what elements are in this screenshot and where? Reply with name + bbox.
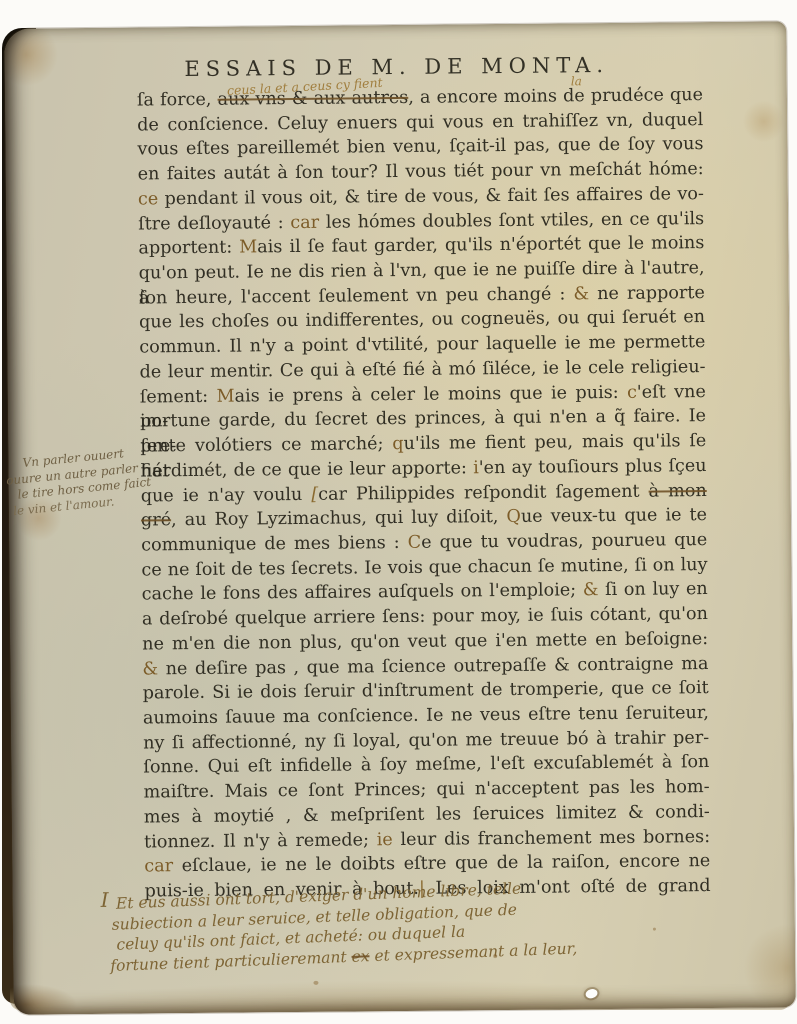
printed-text-block: ſa force, aux vns & aux autres, a encore… [137, 83, 711, 904]
text-segment: que ie n'ay voulu [141, 484, 312, 506]
paper-hole [585, 988, 599, 1000]
text-segment: tionnez. Il n'y à remede; [144, 830, 377, 852]
text-segment: commun. Il n'y a point d'vtilité, pour l… [139, 332, 705, 357]
over-segment: & [583, 580, 599, 600]
text-segment: ſente volótiers ce marché; [140, 434, 392, 456]
strike-segment: à mon [649, 481, 707, 502]
text-segment: ue veux-tu que ie te [521, 505, 707, 527]
text-segment: hardimét, de ce que ie leur apporte: [140, 458, 473, 481]
strike-segment: ex [351, 947, 370, 966]
text-segment: 'en ay touſiours plus ſçeu [479, 456, 707, 478]
text-segment: ais il ſe faut garder, qu'ils n'éportét … [257, 233, 704, 257]
text-segment: de conſcience. Celuy enuers qui vous en … [137, 110, 703, 135]
text-segment: ne rapporte [589, 283, 705, 304]
text-segment: a deſrobé quelque arriere ſens: pour moy… [142, 604, 708, 629]
over-segment: q [392, 434, 403, 454]
text-segment: parole. Si ie dois ſeruir d'inſtrument d… [143, 678, 709, 703]
over-segment: car [144, 856, 173, 876]
text-segment: cache le fons des affaires auſquels on l… [142, 581, 583, 605]
scanned-book-page: { "page": { "header": "ESSAIS DE M. DE M… [0, 0, 797, 1024]
text-segment: de leur mentir. Ce qui à eſté fié à mó ſ… [139, 357, 705, 382]
strike-segment: aux vns & aux autres [218, 88, 409, 110]
text-segment: , a encore moins de prudéce que [408, 85, 703, 108]
over-segment: ce [138, 189, 158, 209]
paper-speck [313, 981, 318, 985]
text-segment: car Philippides reſpondit ſagement [318, 481, 649, 504]
insertion-mark: I [101, 888, 109, 912]
over-segment: M [239, 238, 257, 258]
text-segment: que les choſes ou indifferentes, ou cogn… [139, 308, 705, 333]
text-segment: communique de mes biens : [141, 533, 408, 556]
paper-speck [653, 928, 656, 931]
paper-speck [493, 954, 497, 958]
over-segment: & [573, 284, 589, 304]
running-header: ESSAIS DE M. DE MONTA. [115, 52, 679, 81]
text-segment: eſclaue, ie ne le doibts eſtre que de la… [173, 851, 710, 876]
text-segment: ſon heure, l'accent ſeulement vn peu cha… [139, 284, 574, 308]
text-segment: les hómes doubles ſont vtiles, en ce qu'… [319, 209, 704, 233]
text-segment: pendant il vous oit, & tire de vous, & f… [158, 184, 704, 209]
text-segment: e que tu voudras, pourueu que [421, 530, 707, 553]
text-segment: maiſtre. Mais ce ſont Princes; qui n'acc… [144, 777, 710, 802]
text-segment: ſi on luy en [598, 579, 707, 600]
over-segment: C [408, 533, 422, 553]
text-segment: ny ſi affectionné, ny ſi loyal, qu'on me… [143, 728, 709, 753]
text-segment: ſa force, [137, 90, 218, 111]
text-segment: vous eſtes pareillemét bien venu, ſçait-… [137, 135, 703, 160]
text-segment: , au Roy Lyzimachus, qui luy diſoit, [171, 507, 507, 530]
text-segment: ſement: [140, 386, 217, 407]
text-segment: ais ie prens à celer le moins que ie pui… [235, 382, 628, 406]
text-segment: ſtre deſloyauté : [138, 213, 290, 234]
over-segment: & [142, 659, 158, 679]
book-page: ESSAIS DE M. DE MONTA. ceus la et a ceus… [4, 21, 795, 1014]
text-segment: ne m'en die non plus, qu'on veut que i'e… [142, 629, 708, 654]
over-segment: Q [506, 507, 521, 527]
text-segment: ne deſire pas , que ma ſcience outrepaſſ… [158, 654, 708, 679]
over-segment: car [290, 212, 319, 232]
strike-segment: gré [141, 510, 171, 530]
text-segment: apportent: [138, 238, 239, 259]
text-segment: ce ne ſoit de tes ſecrets. Ie vois que c… [141, 555, 707, 580]
over-segment: c [627, 382, 637, 402]
over-segment: ie [377, 830, 393, 850]
text-segment: leur dis franchement mes bornes: [393, 827, 711, 850]
text-segment: ſonne. Qui eſt infidelle à ſoy meſme, l'… [143, 752, 709, 777]
text-segment: mes à moytié , & meſpriſent les ſeruices… [144, 802, 710, 827]
text-segment: en faites autát à ſon tour? Il vous tiét… [138, 159, 704, 184]
over-segment: M [216, 386, 234, 406]
text-segment: aumoins ſauue ma conſcience. Ie ne veus … [143, 703, 709, 728]
